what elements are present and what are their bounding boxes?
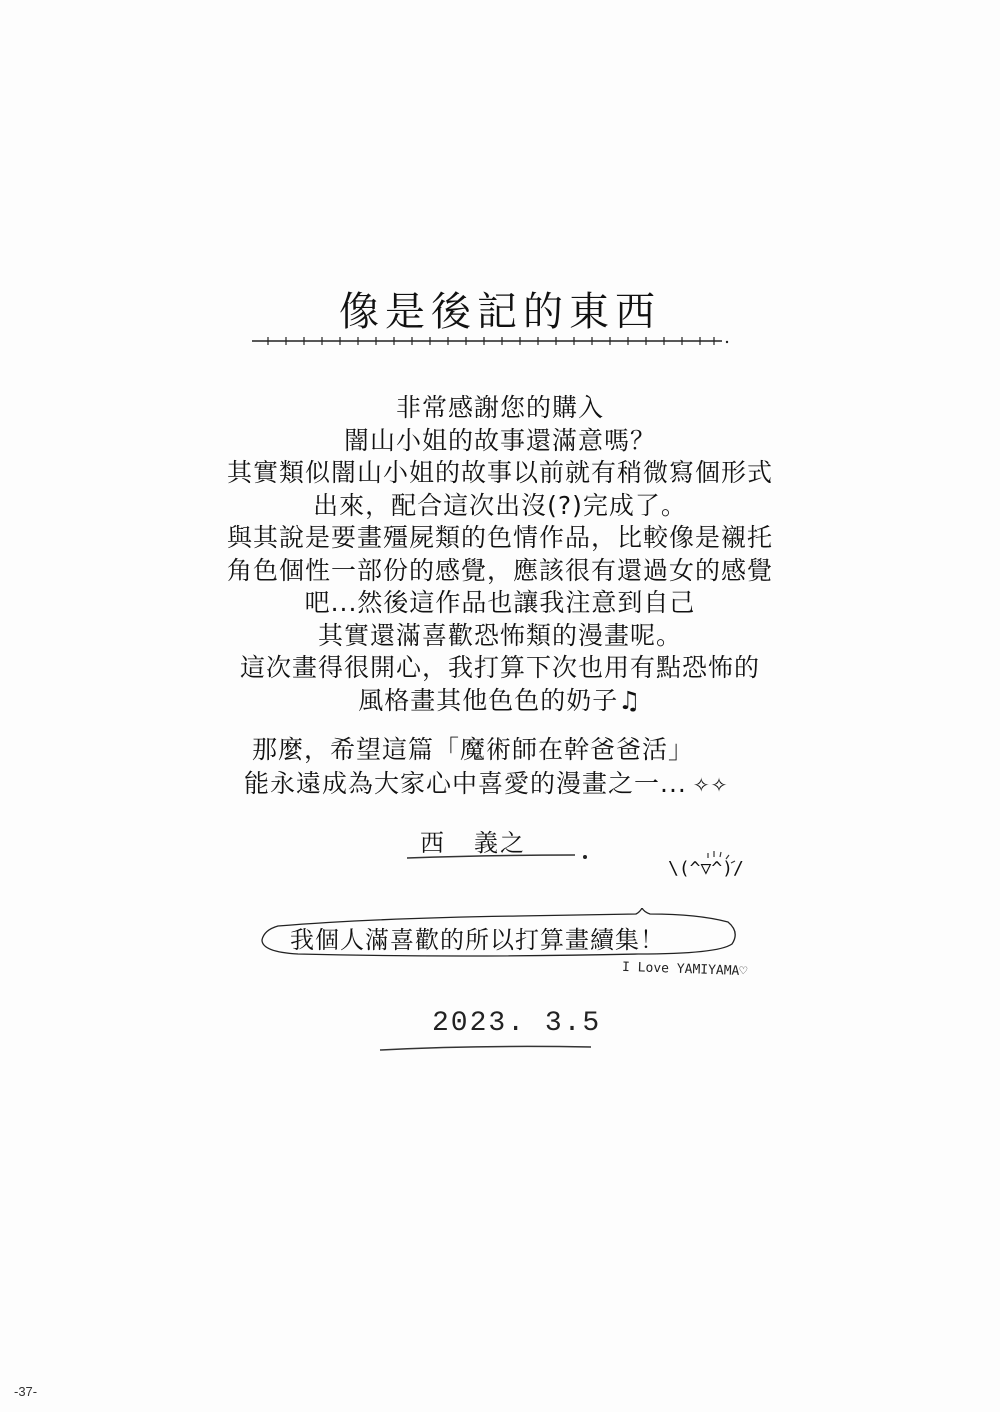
closing-line: 那麼，希望這篇「魔術師在幹爸爸活」 — [244, 733, 728, 767]
page-number: -37- — [14, 1384, 37, 1399]
body-line: 角色個性一部份的感覺，應該很有還過女的感覺 — [0, 555, 1000, 588]
body-line: 出來，配合這次出沒(?)完成了。 — [0, 490, 1000, 523]
speech-bubble-text: 我個人滿喜歡的所以打算畫續集！ — [290, 920, 665, 955]
date-underline — [378, 1044, 593, 1052]
handwritten-note: I Love YAMIYAMA♡ — [622, 960, 748, 979]
afterword-body: 非常感謝您的購入 闇山小姐的故事還滿意嗎？ 其實類似闇山小姐的故事以前就有稍微寫… — [0, 392, 1000, 717]
body-line: 這次畫得很開心，我打算下次也用有點恐怖的 — [0, 652, 1000, 685]
decorative-divider — [252, 336, 730, 346]
body-line: 吧...然後這作品也讓我注意到自己 — [0, 587, 1000, 620]
sparkle-icon: ✧✧ — [693, 768, 729, 802]
body-line: 與其說是要畫殭屍類的色情作品，比較像是襯托 — [0, 522, 1000, 555]
date: 2023. 3.5 — [432, 1008, 601, 1039]
body-line: 其實類似闇山小姐的故事以前就有稍微寫個形式 — [0, 457, 1000, 490]
cheering-face-doodle: \(^▽^)/ — [668, 858, 744, 879]
closing-line-2: 能永遠成為大家心中喜愛的漫畫之一...✧✧ — [244, 767, 728, 802]
closing-paragraph: 那麼，希望這篇「魔術師在幹爸爸活」 能永遠成為大家心中喜愛的漫畫之一...✧✧ — [244, 733, 728, 802]
signature-underline — [405, 852, 615, 860]
page-title: 像是後記的東西 — [0, 280, 1000, 337]
speech-bubble: 我個人滿喜歡的所以打算畫續集！ — [258, 908, 738, 960]
closing-line: 能永遠成為大家心中喜愛的漫畫之一... — [244, 769, 687, 798]
body-line: 風格畫其他色色的奶子♫ — [0, 685, 1000, 718]
body-line: 其實還滿喜歡恐怖類的漫畫呢。 — [0, 620, 1000, 653]
body-line: 非常感謝您的購入 — [0, 392, 1000, 425]
body-line: 闇山小姐的故事還滿意嗎？ — [0, 425, 1000, 458]
